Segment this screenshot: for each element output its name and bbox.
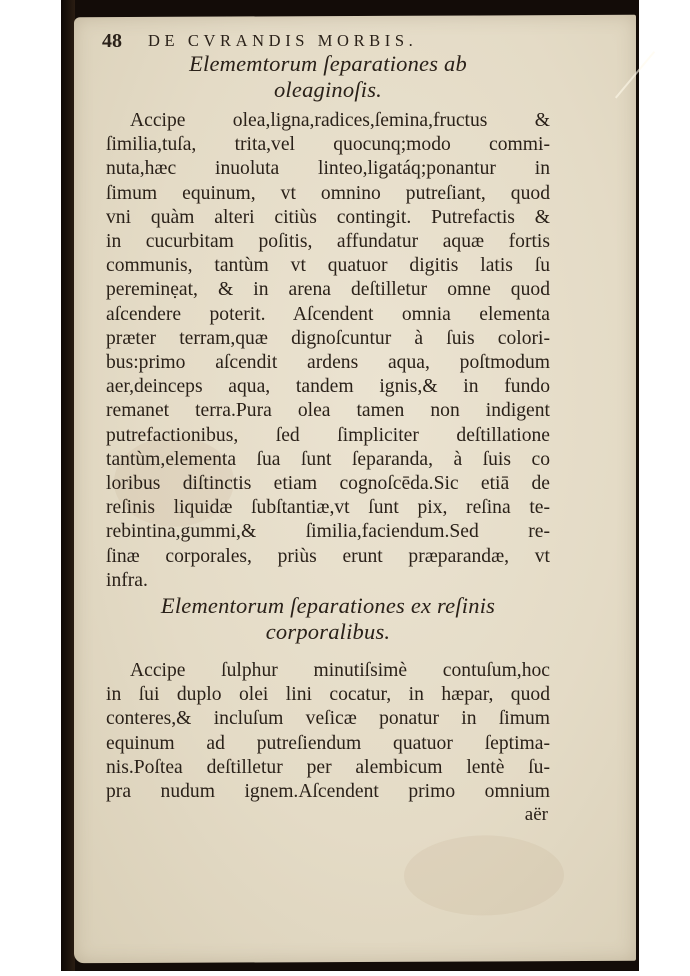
text-line: rebintina,gummi,& ſimilia,faciendum.Sed …: [106, 520, 550, 544]
text-line: pereminẹat, & in arena deſtilletur omne …: [106, 278, 550, 302]
text-line: nuta,hæc inuoluta linteo,ligatáq;ponantu…: [106, 157, 550, 181]
text-line: in cucurbitam poſitis, affundatur aquæ f…: [106, 230, 550, 254]
text-line: loribus diſtinctis etiam cognoſcēda.Sic …: [106, 472, 550, 496]
text-line: Accipe olea,ligna,radices,ſemina,fructus…: [106, 109, 550, 133]
text-line: pra nudum ignem.Aſcendent primo omnium: [106, 780, 550, 804]
text-line: reſinis liquidæ ſubſtantiæ,vt ſunt pix, …: [106, 496, 550, 520]
paper-stain: [404, 835, 564, 916]
paper-crease: [615, 51, 655, 98]
text-line: Accipe ſulphur minutiſsimè contuſum,hoc: [106, 659, 550, 683]
section-heading-2-line-1: Elementorum ſeparationes ex reſinis: [106, 593, 550, 619]
page-number: 48: [102, 30, 122, 53]
text-line: putrefactionibus, ſed ſimpliciter deſtil…: [106, 424, 550, 448]
catchword: aër: [106, 804, 550, 826]
section-heading-2: Elementorum ſeparationes ex reſinis corp…: [106, 593, 550, 645]
book-spine-shadow: [61, 0, 75, 971]
section-heading-1: Elememtorum ſeparationes ab oleaginoſis.: [106, 51, 550, 103]
text-line: tantùm,elementa ſua ſunt ſeparanda, à ſu…: [106, 448, 550, 472]
text-line: aſcendere poterit. Aſcendent omnia eleme…: [106, 303, 550, 327]
text-line: infra.: [106, 569, 550, 593]
paragraph-2: Accipe ſulphur minutiſsimè contuſum,hoc …: [106, 659, 550, 804]
section-heading-2-line-2: corporalibus.: [106, 619, 550, 645]
text-line: communis, tantùm vt quatuor digitis lati…: [106, 254, 550, 278]
text-line: conteres,& incluſum veſicæ ponatur in ſi…: [106, 707, 550, 731]
text-line: ſimum equinum, vt omnino putreſiant, quo…: [106, 182, 550, 206]
section-heading-1-line-1: Elememtorum ſeparationes ab: [106, 51, 550, 77]
running-head-title: DE CVRANDIS MORBIS.: [148, 31, 417, 51]
text-line: vni quàm alteri citiùs contingit. Putref…: [106, 206, 550, 230]
page-text-block: 48 DE CVRANDIS MORBIS. Elememtorum ſepar…: [106, 28, 550, 826]
section-heading-1-line-2: oleaginoſis.: [106, 77, 550, 103]
text-line: nis.Poſtea deſtilletur per alembicum len…: [106, 756, 550, 780]
text-line: aer,deinceps aqua, tandem ignis,& in fun…: [106, 375, 550, 399]
text-line: præter terram,quæ dignoſcuntur à ſuis co…: [106, 327, 550, 351]
text-line: in ſui duplo olei lini cocatur, in hæpar…: [106, 683, 550, 707]
text-line: remanet terra.Pura olea tamen non indige…: [106, 399, 550, 423]
text-line: bus:primo aſcendit ardens aqua, poſtmodu…: [106, 351, 550, 375]
text-line: ſimilia,tuſa, trita,vel quocunq;modo com…: [106, 133, 550, 157]
text-line: equinum ad putreſiendum quatuor ſeptima-: [106, 732, 550, 756]
text-line: ſinæ corporales, priùs erunt præparandæ,…: [106, 545, 550, 569]
running-head: 48 DE CVRANDIS MORBIS.: [106, 28, 550, 50]
paragraph-1: Accipe olea,ligna,radices,ſemina,fructus…: [106, 109, 550, 593]
